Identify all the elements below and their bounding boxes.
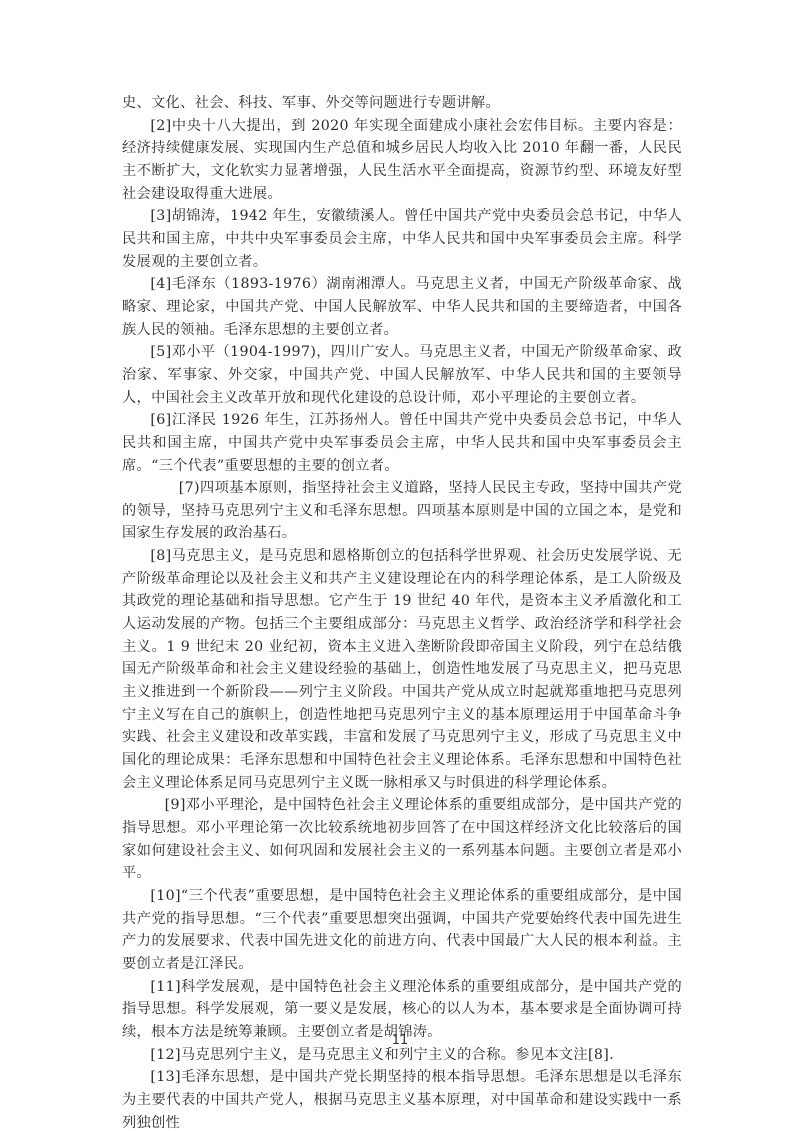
footnote-7: [7)四项基本原则，指坚持社会主义道路，坚持人民民主专政，坚持中国共产党的领导，… <box>122 477 682 545</box>
footnote-2: [2]中央十八大提出，到 2020 年实现全面建成小康社会宏伟目标。主要内容是：… <box>122 115 682 206</box>
page-number: 11 <box>0 1033 800 1048</box>
paragraph-continuation: 史、文化、社会、科技、军事、外交等问题进行专题讲解。 <box>122 92 682 115</box>
document-page: 史、文化、社会、科技、军事、外交等问题进行专题讲解。 [2]中央十八大提出，到 … <box>0 0 800 1131</box>
footnote-6: [6]江泽民 1926 年生，江苏扬州人。曾任中国共产党中央委员会总书记，中华人… <box>122 409 682 477</box>
footnote-3: [3]胡锦涛，1942 年生，安徽绩溪人。曾任中国共产党中央委员会总书记，中华人… <box>122 205 682 273</box>
footnote-13: [13]毛泽东思想，是中国共产党长期坚持的根本指导思想。毛泽东思想是以毛泽东为主… <box>122 1066 682 1131</box>
footnote-5: [5]邓小平（1904-1997)，四川广安人。马克思主义者，中国无产阶级革命家… <box>122 341 682 409</box>
footnote-10: [10]“三个代表”重要思想，是中国特色社会主义理论体系的重要组成部分，是中国共… <box>122 885 682 976</box>
footnote-8: [8]马克思主义，是马克思和恩格斯创立的包括科学世界观、社会历史发展学说、无产阶… <box>122 545 682 794</box>
footnotes-body: 史、文化、社会、科技、军事、外交等问题进行专题讲解。 [2]中央十八大提出，到 … <box>122 92 682 1131</box>
footnote-4: [4]毛泽东（1893-1976）湖南湘潭人。马克思主义者，中国无产阶级革命家、… <box>122 273 682 341</box>
footnote-9: [9]邓小平理沦，是中国特色社会主义理论体系的重要组成部分，是中国共产党的指导思… <box>122 794 682 885</box>
